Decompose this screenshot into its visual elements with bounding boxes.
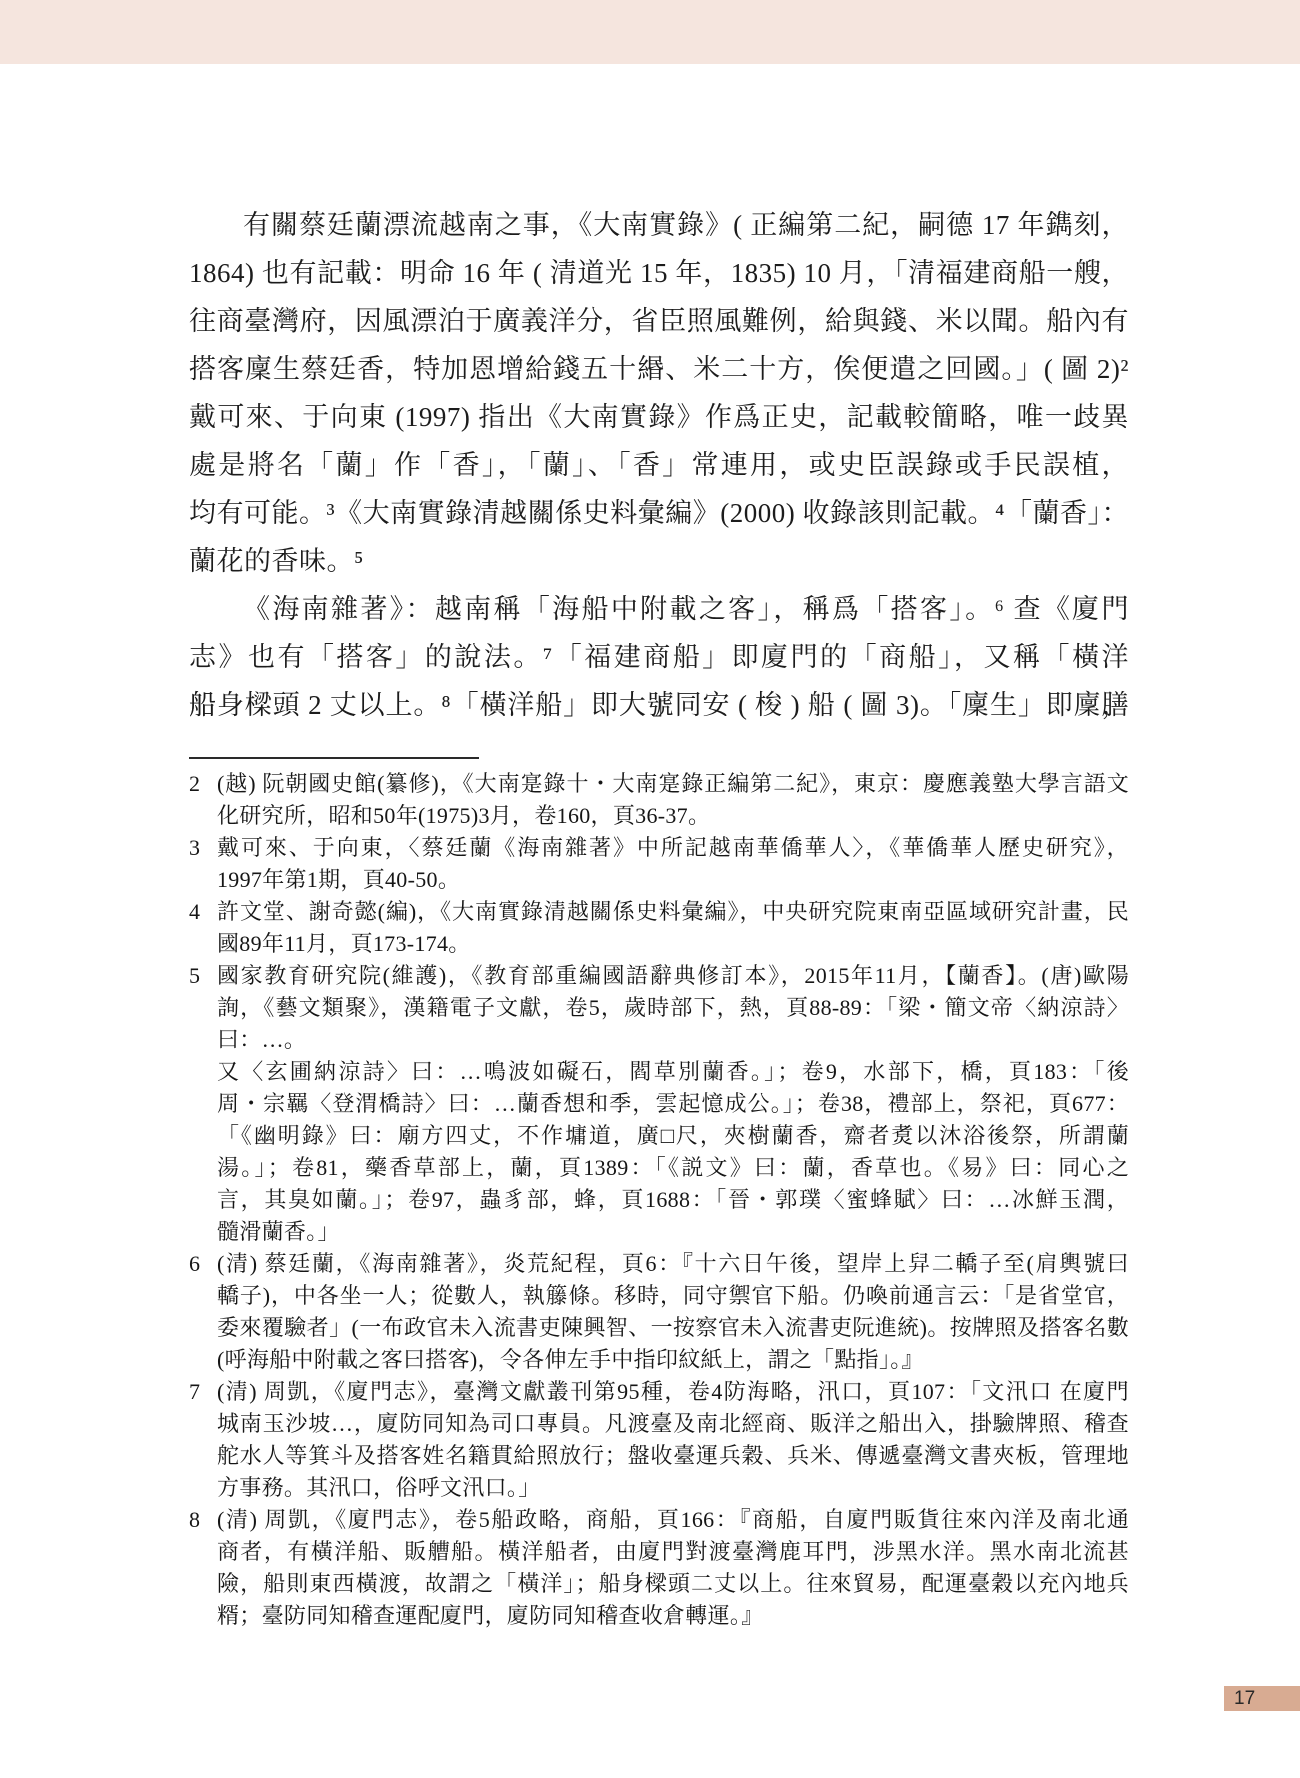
footnote-line: 曰：…。 [217, 1024, 1129, 1056]
footnote-line: 湯。」；卷81，藥香草部上，蘭，頁1389：「《説文》曰：蘭，香草也。《易》曰：… [217, 1152, 1129, 1184]
footnote-lines: (清) 周凱，《廈門志》，臺灣文獻叢刊第95種，卷4防海略，汛口，頁107：「文… [217, 1376, 1129, 1504]
footnote-line: 方事務。其汛口，俗呼文汛口。」 [217, 1472, 1129, 1504]
top-decoration-band [0, 0, 1300, 64]
footnote-line: 舵水人等箕斗及搭客姓名籍貫給照放行；盤收臺運兵穀、兵米、傳遞臺灣文書夾板，管理地 [217, 1440, 1129, 1472]
footnotes: 2(越) 阮朝國史館(纂修)，《大南寔錄十・大南寔錄正編第二紀》，東京：慶應義塾… [189, 768, 1129, 1632]
footnote-line: 國89年11月，頁173-174。 [217, 928, 1129, 960]
body-line: 1864) 也有記載：明命 16 年 ( 清道光 15 年，1835) 10 月… [189, 249, 1129, 297]
body-line: 處是將名「蘭」作「香」，「蘭」、「香」常連用，或史臣誤錄或手民誤植， [189, 441, 1129, 489]
footnote-line: (清) 周凱，《廈門志》，卷5船政略，商船，頁166：『商船，自廈門販貨往來內洋… [217, 1504, 1129, 1536]
body-line: 志》也有「搭客」的說法。⁷「福建商船」即廈門的「商船」，又稱「橫洋船」， [189, 633, 1129, 681]
footnote-number: 4 [189, 896, 217, 960]
footnote-number: 7 [189, 1376, 217, 1504]
footnote-number: 3 [189, 832, 217, 896]
footnote-line: 轎子)，中各坐一人；從數人，執籐條。移時，同守禦官下船。仍喚前通言云：「是省堂官… [217, 1280, 1129, 1312]
footnote-line: (呼海船中附載之客曰搭客)，令各伸左手中指印紋紙上，謂之「點指」。』 [217, 1344, 1129, 1376]
footnote-line: 城南玉沙坡…，廈防同知為司口專員。凡渡臺及南北經商、販洋之船出入，掛驗牌照、稽查 [217, 1408, 1129, 1440]
footnote-lines: (清) 周凱，《廈門志》，卷5船政略，商船，頁166：『商船，自廈門販貨往來內洋… [217, 1504, 1129, 1632]
footnote: 8(清) 周凱，《廈門志》，卷5船政略，商船，頁166：『商船，自廈門販貨往來內… [189, 1504, 1129, 1632]
footnote-line: 險，船則東西橫渡，故謂之「橫洋」；船身樑頭二丈以上。往來貿易，配運臺穀以充內地兵 [217, 1568, 1129, 1600]
body-line: 往商臺灣府，因風漂泊于廣義洋分，省臣照風難例，給與錢、米以聞。船內有 [189, 297, 1129, 345]
body-line: 《海南雜著》：越南稱「海船中附載之客」，稱爲「搭客」。⁶ 查《廈門 [189, 585, 1129, 633]
footnote-line: 委來覆驗者」(一布政官未入流書吏陳興智、一按察官未入流書吏阮進統)。按牌照及搭客… [217, 1312, 1129, 1344]
footnote: 2(越) 阮朝國史館(纂修)，《大南寔錄十・大南寔錄正編第二紀》，東京：慶應義塾… [189, 768, 1129, 832]
page-number-band: 17 [1224, 1686, 1300, 1711]
page-content: 有關蔡廷蘭漂流越南之事，《大南實錄》( 正編第二紀，嗣德 17 年鐫刻，1864… [189, 201, 1129, 1632]
footnote-number: 5 [189, 960, 217, 1248]
body-line: 蘭花的香味。⁵ [189, 537, 1129, 585]
footnote-line: 許文堂、謝奇懿(編)，《大南實錄清越關係史料彙編》，中央研究院東南亞區域研究計畫… [217, 896, 1129, 928]
footnote-line: (清) 周凱，《廈門志》，臺灣文獻叢刊第95種，卷4防海略，汛口，頁107：「文… [217, 1376, 1129, 1408]
footnote-line: 糈；臺防同知稽查運配廈門，廈防同知稽查收倉轉運。』 [217, 1600, 1129, 1632]
footnote-separator [189, 757, 479, 759]
body-line: 船身樑頭 2 丈以上。⁸「橫洋船」即大號同安 ( 梭 ) 船 ( 圖 3)。「廩… [189, 681, 1129, 729]
document-page: 有關蔡廷蘭漂流越南之事，《大南實錄》( 正編第二紀，嗣德 17 年鐫刻，1864… [0, 0, 1300, 1778]
body-line: 戴可來、于向東 (1997) 指出《大南實錄》作爲正史，記載較簡略，唯一歧異 [189, 393, 1129, 441]
paragraph: 有關蔡廷蘭漂流越南之事，《大南實錄》( 正編第二紀，嗣德 17 年鐫刻，1864… [189, 201, 1129, 585]
page-number: 17 [1224, 1686, 1255, 1711]
footnote-lines: 許文堂、謝奇懿(編)，《大南實錄清越關係史料彙編》，中央研究院東南亞區域研究計畫… [217, 896, 1129, 960]
footnote-line: (越) 阮朝國史館(纂修)，《大南寔錄十・大南寔錄正編第二紀》，東京：慶應義塾大… [217, 768, 1129, 800]
footnote-lines: 國家教育研究院(維護)，《教育部重編國語辭典修訂本》，2015年11月，【蘭香】… [217, 960, 1129, 1248]
body-text: 有關蔡廷蘭漂流越南之事，《大南實錄》( 正編第二紀，嗣德 17 年鐫刻，1864… [189, 201, 1129, 729]
paragraph: 《海南雜著》：越南稱「海船中附載之客」，稱爲「搭客」。⁶ 查《廈門志》也有「搭客… [189, 585, 1129, 729]
footnote-line: 又〈玄圃納涼詩〉曰：…鳴波如礙石，閻草別蘭香。」；卷9，水部下，橋，頁183：「… [217, 1056, 1129, 1088]
footnote: 6(清) 蔡廷蘭，《海南雜著》，炎荒紀程，頁6：『十六日午後，望岸上舁二轎子至(… [189, 1248, 1129, 1376]
footnote-line: 1997年第1期，頁40-50。 [217, 864, 1129, 896]
footnote-line: 國家教育研究院(維護)，《教育部重編國語辭典修訂本》，2015年11月，【蘭香】… [217, 960, 1129, 992]
footnote-line: 言，其臭如蘭。」；卷97，蟲豸部，蜂，頁1688：「晉・郭璞〈蜜蜂賦〉曰：…冰鮮… [217, 1184, 1129, 1216]
body-line: 搭客廩生蔡廷香，特加恩增給錢五十緡、米二十方，俟便遣之回國。」( 圖 2)² [189, 345, 1129, 393]
footnote-line: 髓滑蘭香。」 [217, 1216, 1129, 1248]
footnote-line: 「《幽明錄》曰：廟方四丈，不作墉道，廣□尺，夾樹蘭香，齋者煑以沐浴後祭，所謂蘭 [217, 1120, 1129, 1152]
footnote-line: 戴可來、于向東，〈蔡廷蘭《海南雜著》中所記越南華僑華人〉，《華僑華人歷史研究》， [217, 832, 1129, 864]
footnote-lines: (清) 蔡廷蘭，《海南雜著》，炎荒紀程，頁6：『十六日午後，望岸上舁二轎子至(肩… [217, 1248, 1129, 1376]
footnote: 3戴可來、于向東，〈蔡廷蘭《海南雜著》中所記越南華僑華人〉，《華僑華人歷史研究》… [189, 832, 1129, 896]
footnote-lines: (越) 阮朝國史館(纂修)，《大南寔錄十・大南寔錄正編第二紀》，東京：慶應義塾大… [217, 768, 1129, 832]
footnote: 5國家教育研究院(維護)，《教育部重編國語辭典修訂本》，2015年11月，【蘭香… [189, 960, 1129, 1248]
footnote-number: 2 [189, 768, 217, 832]
footnote: 4許文堂、謝奇懿(編)，《大南實錄清越關係史料彙編》，中央研究院東南亞區域研究計… [189, 896, 1129, 960]
footnote-lines: 戴可來、于向東，〈蔡廷蘭《海南雜著》中所記越南華僑華人〉，《華僑華人歷史研究》，… [217, 832, 1129, 896]
footnote-line: 化研究所，昭和50年(1975)3月，卷160，頁36-37。 [217, 800, 1129, 832]
footnote-line: (清) 蔡廷蘭，《海南雜著》，炎荒紀程，頁6：『十六日午後，望岸上舁二轎子至(肩… [217, 1248, 1129, 1280]
body-line: 均有可能。³《大南實錄清越關係史料彙編》(2000) 收錄該則記載。⁴「蘭香」： [189, 489, 1129, 537]
footnote-number: 6 [189, 1248, 217, 1376]
footnote-line: 周・宗羈〈登渭橋詩〉曰：…蘭香想和季，雲起憶成公。」；卷38，禮部上，祭祀，頁6… [217, 1088, 1129, 1120]
footnote-number: 8 [189, 1504, 217, 1632]
body-line: 有關蔡廷蘭漂流越南之事，《大南實錄》( 正編第二紀，嗣德 17 年鐫刻， [189, 201, 1129, 249]
footnote-line: 商者，有橫洋船、販艚船。橫洋船者，由廈門對渡臺灣鹿耳門，涉黑水洋。黑水南北流甚 [217, 1536, 1129, 1568]
footnote-line: 詢，《藝文類聚》，漢籍電子文獻，卷5，歲時部下，熱，頁88-89：「梁・簡文帝〈… [217, 992, 1129, 1024]
footnote: 7(清) 周凱，《廈門志》，臺灣文獻叢刊第95種，卷4防海略，汛口，頁107：「… [189, 1376, 1129, 1504]
